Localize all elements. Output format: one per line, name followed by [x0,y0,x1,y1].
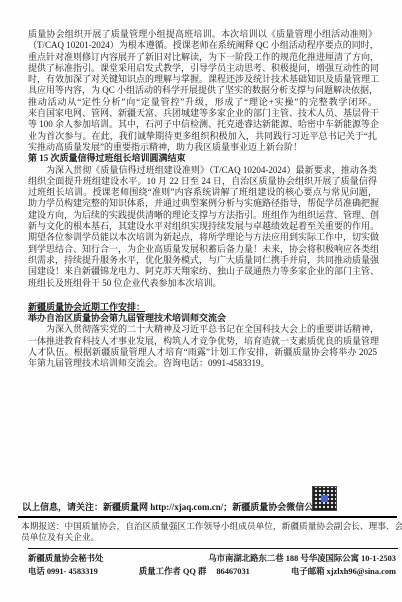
body-line: 国建设！来自新疆锦龙电力、阿克苏天翔家纺、独山子晟通热力等多家企业的部门主管、 [28,266,377,277]
body-line: 质量协会组织开展了质量管理小组提高班培训。本次培训以《质量管理小组活动准则》 [28,29,377,40]
qq-group: 质量工作者 QQ 群 86467031 [139,565,250,578]
qq-group-label: 质量工作者 QQ 群 [139,565,206,578]
distribution-note: 本期报送：中国质量协会，自治区质量强区工作领导小组成员单位，新疆质量协会副会长、… [21,521,397,544]
qq-group-number: 86467031 [216,565,250,578]
body-line: 业为首次参与。在此，我们诚挚期待更多组织积极加入，共同践行习近平总书记关于“扎 [28,131,377,142]
body-line: 过班组长培训。授课老师围绕“准则”内容系统讲解了班组建设的核心要点与常见问题， [28,187,377,198]
heading-trainer-exchange-event: 举办自治区质量协会第九届管理技术培训师交流会 [28,313,377,324]
follow-us-notice: 以上信息，请关注：新疆质量网 http://xjaq.com.cn/；新疆质量协… [22,501,394,514]
body-line: 重点针对准则修订内容展开了新旧对比解读，为下一阶段工作的规范化推进厘清了方向， [28,52,377,63]
body-line: 组织全面提升班组建设水平。10 月 22 日至 24 日，自治区质量协会组织开展… [28,176,377,187]
body-line: 实推动高质量发展”的重要指示精神，助力我区质量事业迈上新台阶！ [28,142,377,153]
body-line: 一体推进教育科技人才事业发展，构筑人才竞争优势，培育造就一支素质优良的质量管理 [28,336,377,347]
email-address: xjzlxh96@sina.com [327,567,396,576]
heading-upcoming-work-schedule: 新疆质量协会近期工作安排： [28,302,377,313]
body-line: 具应用等内容，为 QC 小组活动的科学开展提供了坚实的数据分析支撑与问题解决依据… [28,85,377,96]
distribution-line: 本期报送：中国质量协会，自治区质量强区工作领导小组成员单位，新疆质量协会副会长、… [21,521,397,533]
email-contact: 电子邮箱 xjzlxh96@sina.com [291,565,396,578]
body-line: 助力学员构建完整的知识体系，并通过典型案例分析与实施路径指导，帮促学员准确把握 [28,198,377,209]
heading-worker-team-training: 第 15 次质量信得过班组长培训圆满结束 [28,153,377,164]
section-spacer [0,289,402,302]
body-line: 推动活动从“定性分析”向“定量管控”升级，形成了“理论+实操”的完整教学闭环。 [28,97,377,108]
contact-footer: 新疆质量协会秘书处 乌市南湖北路东二巷 188 号华凌国际公寓 10-1-250… [28,552,396,578]
body-line: 期望各位参训学员能以本次培训为新起点，将所学理论与方法应用到实际工作中，切实做 [28,232,377,243]
paragraph-team-leader-training: 为深入贯彻《质量信得过班组建设准则》（T/CAQ 10204-2024）最新要求… [28,165,377,289]
email-label: 电子邮箱 [291,567,325,576]
phone-number: 电话 0991- 4583319 [28,565,98,578]
footer-row-org-address: 新疆质量协会秘书处 乌市南湖北路东二巷 188 号华凌国际公寓 10-1-250… [28,552,396,565]
body-line: 班组长及班组骨干 50 位企业代表参加本次培训。 [28,278,377,289]
divider-thin [28,548,398,549]
body-line: 提供了标准指引。课堂采用启发式教学，引导学员主动思考、积极提问，增强互动性的同 [28,63,377,74]
body-line: 年第九届管理技术培训师交流会。咨询电话：0991-4583319。 [28,358,377,369]
body-line: （T/CAQ 10201-2024）为根本遵循。授课老师在系统阐释 QC 小组活… [28,40,377,51]
body-line: 人才队伍。根据新疆质量管理人才培育“雨露”计划工作安排，新疆质量协会将举办 20… [28,347,377,358]
body-line: 等 100 余人参加培训。其中，石河子中信检测、托克逊睿达新能源、哈密中车新能源… [28,119,377,130]
website-url: http://xjaq.com.cn/ [150,502,223,512]
notice-prefix: 以上信息，请关注：新疆质量网 [22,502,150,512]
body-line: 到学思结合、知行合一，为企业高质量发展积蓄后备力量！未来，协会将积极响应各类组 [28,244,377,255]
body-line: 为深入贯彻《质量信得过班组建设准则》（T/CAQ 10204-2024）最新要求… [28,165,377,176]
postal-address: 乌市南湖北路东二巷 188 号华凌国际公寓 10-1-2503 [208,552,396,565]
wechat-qr-code-icon [313,487,336,510]
footer-row-contacts: 电话 0991- 4583319 质量工作者 QQ 群 86467031 电子邮… [28,565,396,578]
paragraph-qc-group-training: 质量协会组织开展了质量管理小组提高班培训。本次培训以《质量管理小组活动准则》 （… [28,29,377,153]
body-line: 织需求，持续提升服务水平，优化服务模式，与广大质量同仁携手并肩，共同推动质量强 [28,255,377,266]
body-line: 时，有效加深了对关键知识点的理解与掌握。课程还涉及统计技术基础知识及质量管理工 [28,74,377,85]
body-line: 新与文化的根本基石，其建设水平对组织实现持续发展与卓越绩效起着至关重要的作用。 [28,221,377,232]
paragraph-trainer-exchange: 为深入贯彻落实党的二十大精神及习近平总书记在全国科技大会上的重要讲话精神， 一体… [28,324,377,369]
body-line: 为深入贯彻落实党的二十大精神及习近平总书记在全国科技大会上的重要讲话精神， [28,324,377,335]
secretariat-name: 新疆质量协会秘书处 [28,552,103,565]
divider-thick [18,516,397,518]
body-line: 建设方向，为后续的实践提供清晰的理论支撑与方法指引。班组作为组织运营、管理、创 [28,210,377,221]
body-line: 来自国家电网、管网、新疆天富、兵团城建等多家企业的部门主管、技术人员、基层骨干 [28,108,377,119]
newsletter-page: 质量协会组织开展了质量管理小组提高班培训。本次培训以《质量管理小组活动准则》 （… [0,0,402,602]
distribution-line: 员单位及有关企业。 [21,532,397,544]
